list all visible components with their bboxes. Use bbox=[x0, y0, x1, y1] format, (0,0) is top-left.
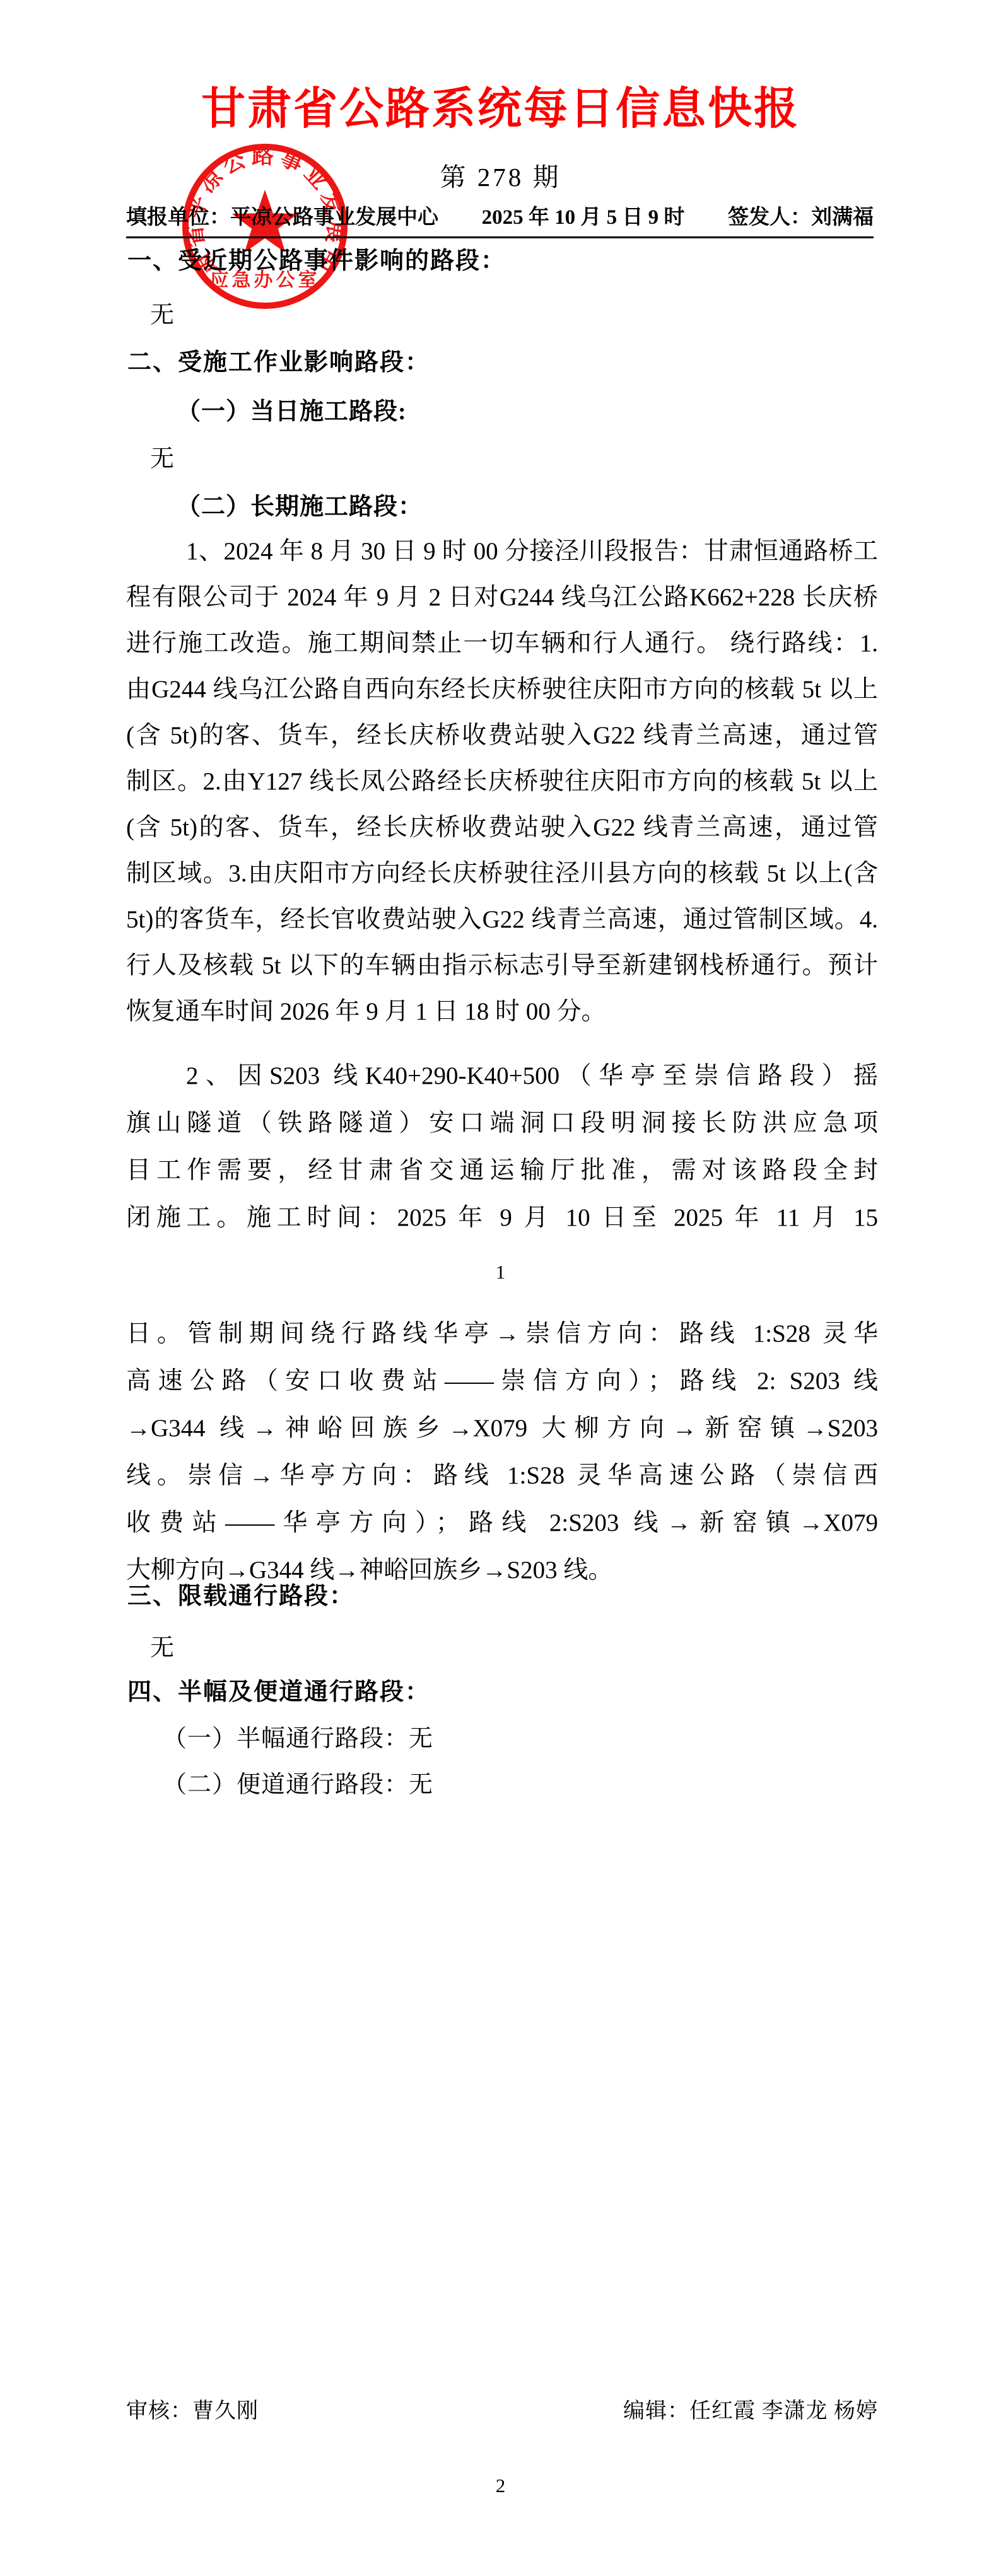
body-line: 收费站——华亭方向）；路线 2:S203 线→新窑镇→X079 bbox=[126, 1499, 878, 1546]
body-line: 恢复通车时间 2026 年 9 月 1 日 18 时 00 分。 bbox=[126, 989, 878, 1035]
issue-number: 第 278 期 bbox=[0, 156, 1001, 194]
reviewer: 审核：曹久刚 bbox=[126, 2393, 259, 2424]
document-title: 甘肃省公路系统每日信息快报 bbox=[0, 73, 1001, 137]
editors: 编辑：任红霞 李潇龙 杨婷 bbox=[623, 2393, 878, 2424]
section-1-none: 无 bbox=[150, 295, 174, 330]
body-line: 旗山隧道（铁路隧道）安口端洞口段明洞接长防洪应急项 bbox=[126, 1099, 878, 1147]
section-4-sub-1: （一）半幅通行路段：无 bbox=[163, 1719, 433, 1753]
body-line: 由G244 线乌江公路自西向东经长庆桥驶往庆阳市方向的核载 5t 以上 bbox=[126, 666, 878, 712]
section-2-sub-2: （二）长期施工路段： bbox=[177, 487, 423, 521]
body-line: →G344 线→神峪回族乡→X079 大柳方向→新窑镇→S203 bbox=[126, 1405, 878, 1452]
masthead-row: 填报单位：平凉公路事业发展中心 2025 年 10 月 5 日 9 时 签发人：… bbox=[126, 200, 874, 238]
body-line: (含 5t)的客、货车，经长庆桥收费站驶入G22 线青兰高速，通过管 bbox=[126, 712, 878, 758]
body-line: 程有限公司于 2024 年 9 月 2 日对G244 线乌江公路K662+228… bbox=[126, 574, 878, 620]
section-4-heading: 四、半幅及便道通行路段： bbox=[127, 1672, 430, 1707]
body-line: 闭施工。施工时间：2025 年 9 月 10 日至 2025 年 11 月 15 bbox=[126, 1194, 878, 1241]
body-line: 制区。2.由Y127 线长凤公路经长庆桥驶往庆阳市方向的核载 5t 以上 bbox=[126, 758, 878, 804]
page-1-number: 1 bbox=[0, 1261, 1001, 1284]
report-datetime: 2025 年 10 月 5 日 9 时 bbox=[482, 200, 685, 230]
section-2-sub-1-none: 无 bbox=[150, 439, 174, 473]
body-line: (含 5t)的客、货车，经长庆桥收费站驶入G22 线青兰高速，通过管 bbox=[126, 804, 878, 850]
section-4-sub-2: （二）便道通行路段：无 bbox=[163, 1765, 433, 1799]
body-line: 2、因S203 线K40+290-K40+500（华亭至崇信路段）摇 bbox=[126, 1052, 878, 1099]
section-3-heading: 三、限载通行路段： bbox=[127, 1576, 354, 1611]
body-line: 行人及核载 5t 以下的车辆由指示标志引导至新建钢栈桥通行。预计 bbox=[126, 943, 878, 989]
body-line: 日。管制期间绕行路线华亭→崇信方向：路线 1:S28 灵华 bbox=[126, 1310, 878, 1357]
body-line: 制区域。3.由庆阳市方向经长庆桥驶往泾川县方向的核载 5t 以上(含 bbox=[126, 850, 878, 896]
body-line: 线。崇信→华亭方向：路线 1:S28 灵华高速公路（崇信西 bbox=[126, 1452, 878, 1499]
body-line: 5t)的客货车，经长官收费站驶入G22 线青兰高速，通过管制区域。4. bbox=[126, 896, 878, 943]
paragraph-2-part-1: 2、因S203 线K40+290-K40+500（华亭至崇信路段）摇 旗山隧道（… bbox=[126, 1052, 878, 1241]
paragraph-2-part-2: 日。管制期间绕行路线华亭→崇信方向：路线 1:S28 灵华 高速公路（安口收费站… bbox=[126, 1310, 878, 1594]
section-3-none: 无 bbox=[150, 1628, 174, 1662]
section-2-sub-1: （一）当日施工路段: bbox=[177, 392, 407, 426]
section-1-heading: 一、受近期公路事件影响的路段： bbox=[127, 241, 506, 276]
footer-row: 审核：曹久刚 编辑：任红霞 李潇龙 杨婷 bbox=[126, 2393, 878, 2424]
body-line: 1、2024 年 8 月 30 日 9 时 00 分接泾川段报告：甘肃恒通路桥工 bbox=[126, 528, 878, 574]
paragraph-1: 1、2024 年 8 月 30 日 9 时 00 分接泾川段报告：甘肃恒通路桥工… bbox=[126, 528, 878, 1035]
body-line: 目工作需要，经甘肃省交通运输厅批准，需对该路段全封 bbox=[126, 1147, 878, 1194]
page-2-number: 2 bbox=[0, 2474, 1001, 2497]
body-line: 进行施工改造。施工期间禁止一切车辆和行人通行。 绕行路线：1. bbox=[126, 620, 878, 666]
report-unit: 填报单位：平凉公路事业发展中心 bbox=[126, 200, 438, 230]
signer: 签发人：刘满福 bbox=[728, 200, 874, 230]
body-line: 高速公路（安口收费站——崇信方向）；路线 2: S203 线 bbox=[126, 1357, 878, 1405]
section-2-heading: 二、受施工作业影响路段： bbox=[127, 342, 430, 377]
document-page: 甘肃省公路系统每日信息快报 第 278 期 填报单位：平凉公路事业发展中心 20… bbox=[0, 0, 1001, 2576]
